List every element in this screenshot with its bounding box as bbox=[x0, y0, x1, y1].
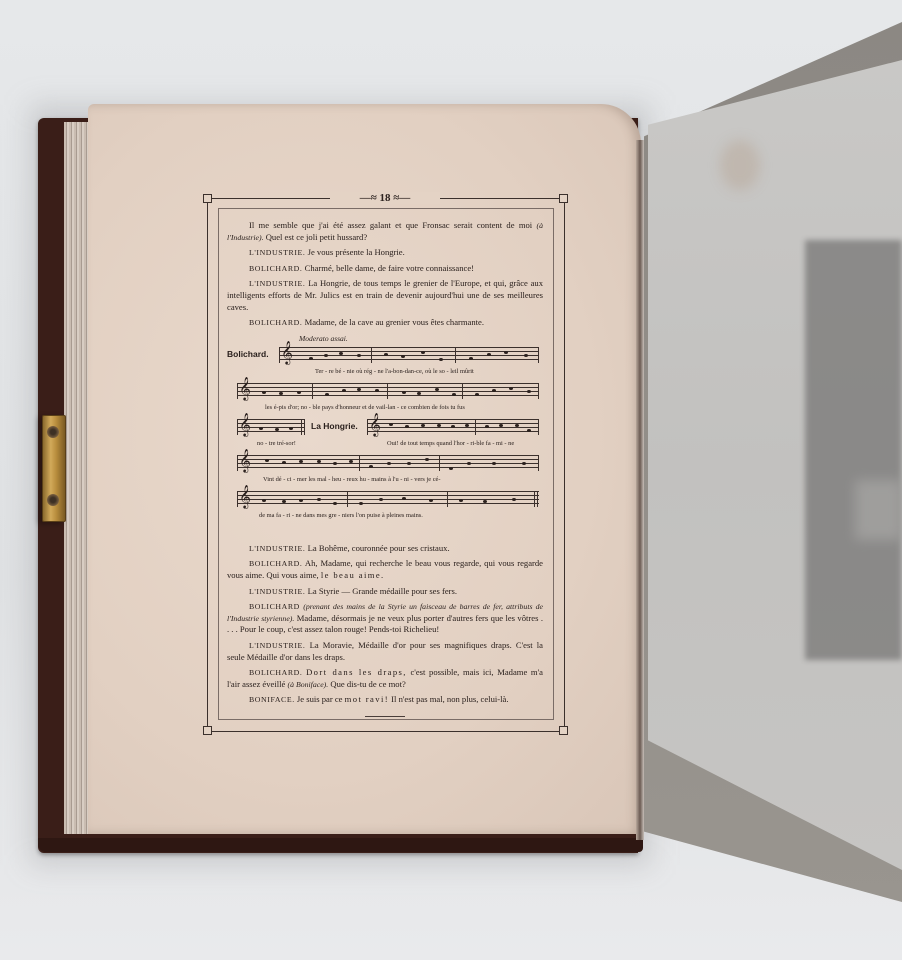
treble-clef-icon: 𝄞 bbox=[239, 414, 251, 434]
music-staff: 𝄞 bbox=[237, 455, 539, 471]
music-staff: 𝄞 bbox=[279, 347, 539, 363]
speaker: L'INDUSTRIE. bbox=[249, 587, 305, 596]
music-staff: 𝄞 bbox=[367, 419, 539, 435]
book-cover-edge bbox=[38, 838, 643, 852]
speaker: L'INDUSTRIE. bbox=[249, 641, 305, 650]
corner-ornament-icon bbox=[203, 726, 212, 735]
music-staff: 𝄞 bbox=[237, 491, 539, 507]
speaker: BONIFACE. bbox=[249, 695, 295, 704]
paragraph: BOLICHARD. Dort dans les draps, c'est po… bbox=[227, 667, 543, 690]
paragraph: Il me semble que j'ai été assez galant e… bbox=[227, 220, 543, 243]
engraved-plate-beneath-tissue bbox=[805, 240, 902, 660]
lyrics-line: de ma fa - ri - ne dans mes gre - niers … bbox=[259, 510, 423, 522]
stage-direction: (à Boniface). bbox=[288, 680, 329, 689]
lyrics-line: Ter - re bé - nie où rég - ne l'a-bon-da… bbox=[315, 366, 474, 378]
voice-label: Bolichard. bbox=[227, 349, 269, 361]
clasp-screw-icon bbox=[47, 494, 59, 506]
speaker: BOLICHARD. bbox=[249, 264, 302, 273]
corner-ornament-icon bbox=[559, 194, 568, 203]
voice-label: La Hongrie. bbox=[311, 421, 358, 433]
lyrics-line: Vint dé - ci - mer les mal - heu - reux … bbox=[263, 474, 441, 486]
speaker: BOLICHARD. bbox=[249, 318, 302, 327]
paragraph: L'INDUSTRIE. La Hongrie, de tous temps l… bbox=[227, 278, 543, 313]
lyrics-line: Oui! de tout temps quand l'hor - ri-ble … bbox=[387, 438, 514, 450]
lyrics-line: no - tre tré-sor! bbox=[257, 438, 296, 450]
page-number: —≈ 18 ≈— bbox=[330, 192, 440, 204]
speaker: BOLICHARD. bbox=[249, 559, 302, 568]
music-score: Moderato assai. Bolichard. 𝄞 Ter - re bé… bbox=[227, 333, 543, 539]
treble-clef-icon: 𝄞 bbox=[281, 342, 293, 362]
paragraph: L'INDUSTRIE. La Moravie, Médaille d'or p… bbox=[227, 640, 543, 663]
tempo-marking: Moderato assai. bbox=[299, 333, 348, 345]
paragraph: BOLICHARD. Charmé, belle dame, de faire … bbox=[227, 263, 543, 275]
corner-ornament-icon bbox=[203, 194, 212, 203]
brass-clasp[interactable] bbox=[42, 415, 66, 522]
paragraph: BOLICHARD. Madame, de la cave au grenier… bbox=[227, 317, 543, 329]
paragraph: BOLICHARD. Ah, Madame, qui recherche le … bbox=[227, 558, 543, 581]
speaker: BOLICHARD bbox=[249, 602, 300, 611]
paragraph: BOLICHARD (prenant des mains de la Styri… bbox=[227, 601, 543, 636]
page-text: Il me semble que j'ai été assez galant e… bbox=[227, 220, 543, 717]
speaker: L'INDUSTRIE. bbox=[249, 248, 305, 257]
clasp-screw-icon bbox=[47, 426, 59, 438]
treble-clef-icon: 𝄞 bbox=[239, 378, 251, 398]
paragraph: BONIFACE. Je suis par ce mot ravi! Il n'… bbox=[227, 694, 543, 706]
page-edges bbox=[64, 122, 90, 834]
speaker: L'INDUSTRIE. bbox=[249, 279, 305, 288]
treble-clef-icon: 𝄞 bbox=[369, 414, 381, 434]
paragraph: L'INDUSTRIE. La Bohême, couronnée pour s… bbox=[227, 543, 543, 555]
lyrics-line: les é-pis d'or; no - ble pays d'honneur … bbox=[265, 402, 465, 414]
music-staff: 𝄞 bbox=[237, 383, 539, 399]
paragraph: L'INDUSTRIE. La Styrie — Grande médaille… bbox=[227, 586, 543, 598]
plate-highlight bbox=[855, 480, 902, 540]
paragraph: L'INDUSTRIE. Je vous présente la Hongrie… bbox=[227, 247, 543, 259]
treble-clef-icon: 𝄞 bbox=[239, 486, 251, 506]
end-rule bbox=[365, 716, 405, 717]
book-gutter bbox=[636, 140, 644, 840]
speaker: BOLICHARD. bbox=[249, 668, 302, 677]
foxing-stain bbox=[720, 140, 760, 190]
page-number-value: 18 bbox=[380, 192, 391, 204]
speaker: L'INDUSTRIE. bbox=[249, 544, 305, 553]
music-staff: 𝄞 bbox=[237, 419, 305, 435]
corner-ornament-icon bbox=[559, 726, 568, 735]
treble-clef-icon: 𝄞 bbox=[239, 450, 251, 470]
